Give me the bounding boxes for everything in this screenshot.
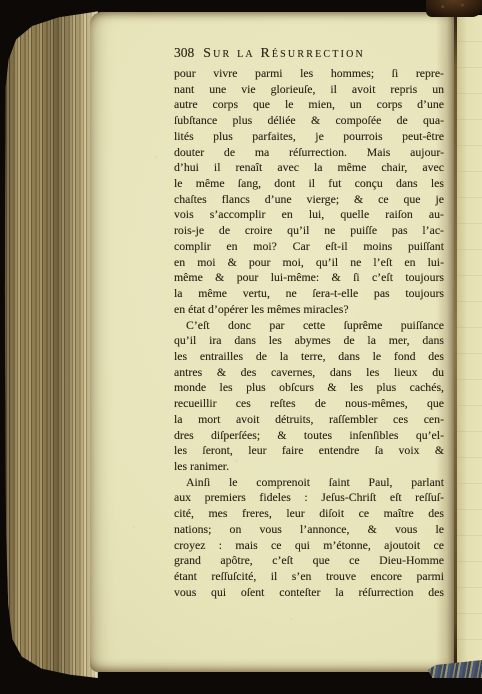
text-line: cité, mes freres, leur diſoit ce maître … (174, 506, 444, 522)
text-line: qu’il ira dans les abymes de la mer, dan… (174, 333, 444, 349)
text-line: monde les plus obſcurs & les plus cachés… (174, 380, 444, 396)
text-line: nant une vie glorieuſe, il avoit repris … (174, 82, 444, 98)
text-line: d’hui il renaît avec la même chair, avec (174, 160, 444, 176)
text-line: en moi & pour moi, qu’il ne l’eſt en lui… (174, 255, 444, 271)
text-line: douter de ma réſurrection. Mais aujour- (174, 145, 444, 161)
facing-page-edge (457, 15, 482, 677)
text-line: complir en moi? Car eſt-il moins puiſſan… (174, 239, 444, 255)
text-line: les ranimer. (174, 459, 444, 475)
text-line: chaſtes flancs d’une vierge; & ce que je (174, 192, 444, 208)
text-line: croyez : mais ce qui m’étonne, ajoutoit … (174, 538, 444, 554)
text-line: nations; on vous l’annonce, & vous le (174, 522, 444, 538)
body-text: pour vivre parmi les hommes; ſi repre-na… (174, 66, 444, 600)
page-header: 308Sur la Résurrection (174, 44, 444, 64)
text-line: dres diſperſées; & toutes inſenſibles qu… (174, 428, 444, 444)
text-line: lités plus parfaites, je pourrois peut-ê… (174, 129, 444, 145)
text-line: antres & des cavernes, dans les lieux du (174, 365, 444, 381)
running-title: Sur la Résurrection (203, 45, 365, 60)
text-line: même & pour lui-même: & ſi c’eſt toujour… (174, 270, 444, 286)
text-line: pour vivre parmi les hommes; ſi repre- (174, 66, 444, 82)
text-line: C’eſt donc par cette ſuprême puiſſance (174, 318, 444, 334)
text-line: aux premiers fideles : Jeſus-Chriſt eſt … (174, 490, 444, 506)
text-line: le même ſang, dont il fut conçu dans les (174, 176, 444, 192)
text-line: vois s’accomplir en lui, quelle raiſon a… (174, 207, 444, 223)
page-number: 308 (174, 45, 194, 60)
binding-top (426, 0, 482, 17)
fore-edge-page-stack (4, 10, 98, 678)
text-line: recueillir ces reſtes de nous-mêmes, que (174, 396, 444, 412)
photo-background: 308Sur la Résurrection pour vivre parmi … (0, 0, 482, 694)
text-line: grand apôtre, c’eſt que ce Dieu-Homme (174, 553, 444, 569)
text-line: les ſeront, leur faire entendre ſa voix … (174, 443, 444, 459)
text-line: vous qui oſent conteſter la réſurrection… (174, 585, 444, 601)
text-line: la même vertu, ne ſera-t-elle pas toujou… (174, 286, 444, 302)
text-line: Ainſi le comprenoit ſaint Paul, parlant (174, 475, 444, 491)
text-block: 308Sur la Résurrection pour vivre parmi … (174, 44, 444, 600)
text-line: rois-je de croire qu’il ne puiſſe pas l’… (174, 223, 444, 239)
text-line: les entrailles de la terre, dans le fond… (174, 349, 444, 365)
text-line: en état d’opérer les mêmes miracles? (174, 302, 444, 318)
text-line: autre corps que le mien, un corps d’une (174, 97, 444, 113)
text-line: ſubſtance plus déliée & compoſée de qua- (174, 113, 444, 129)
text-line: étant reſſuſcité, il s’en trouve encore … (174, 569, 444, 585)
text-line: la mort avoit détruits, raſſembler ces c… (174, 412, 444, 428)
